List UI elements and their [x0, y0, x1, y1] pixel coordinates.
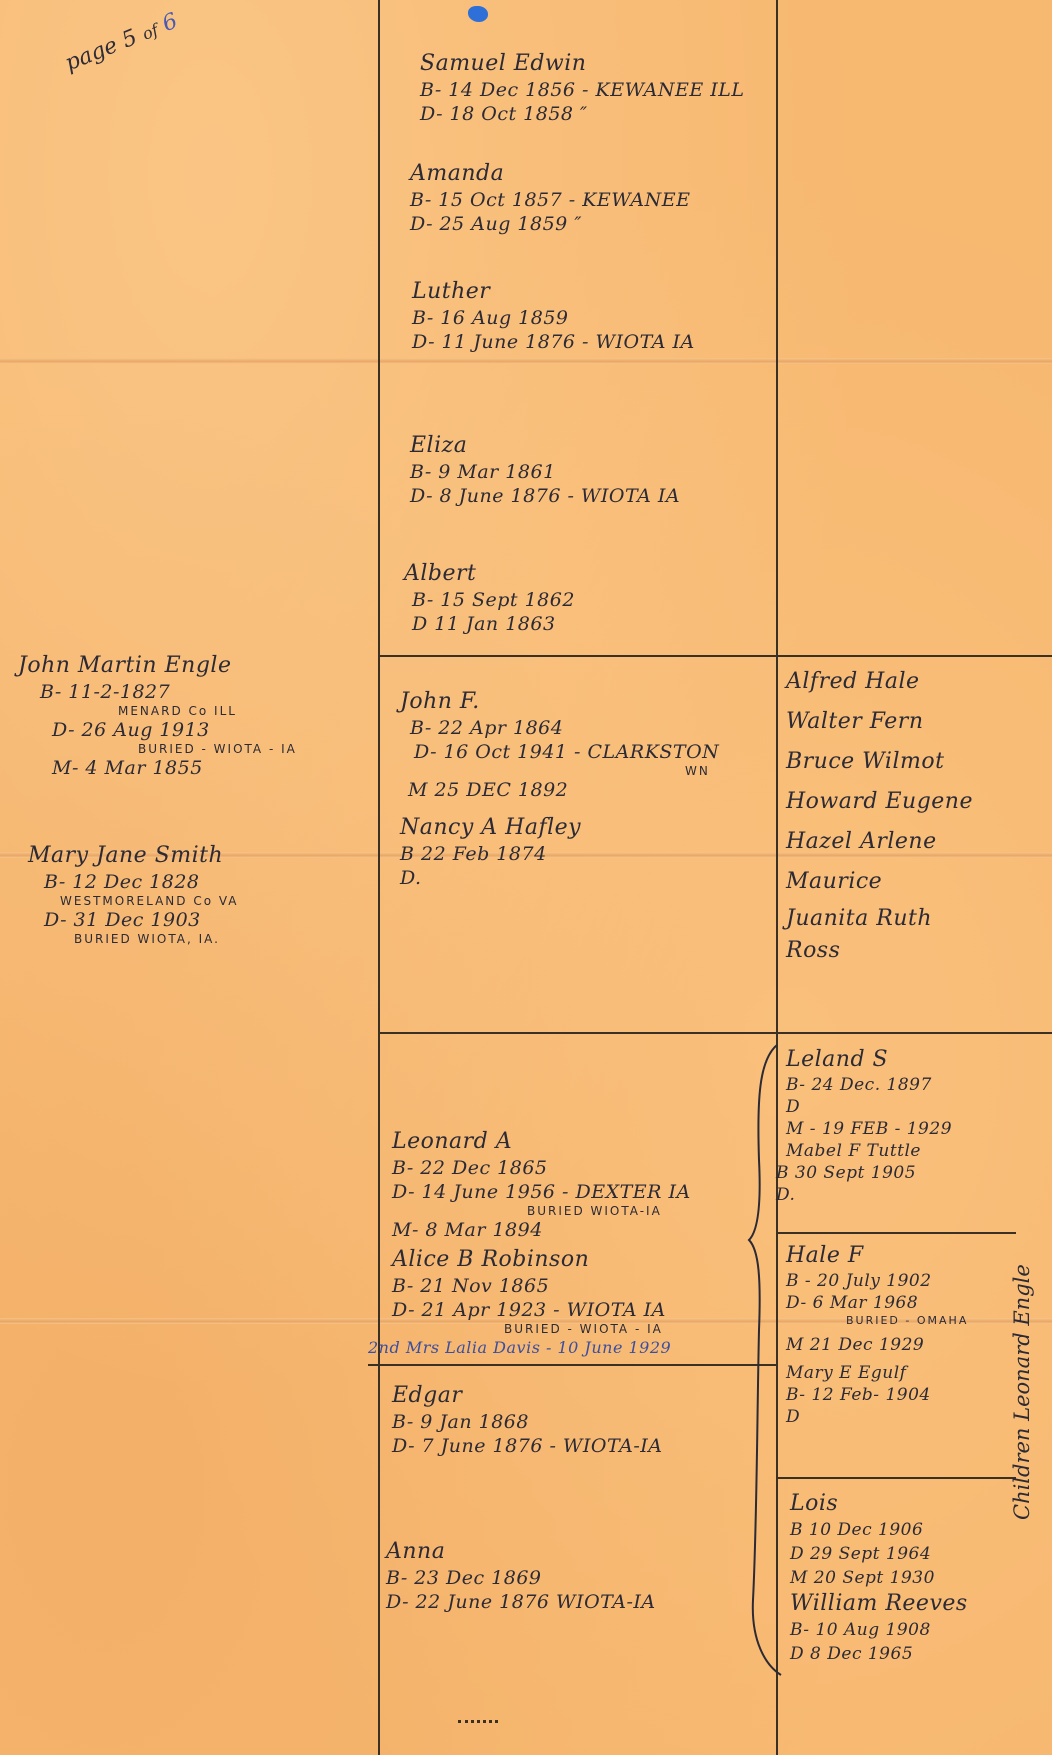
child-birth: B- 15 Oct 1857 - KEWANEE	[410, 188, 690, 212]
grandchild-detail: D- 6 Mar 1968	[786, 1292, 968, 1314]
mother-birth-place: WESTMORELAND Co VA	[28, 894, 239, 908]
child-death: D- 7 June 1876 - WIOTA-IA	[392, 1434, 663, 1458]
spouse-death: D- 21 Apr 1923 - WIOTA IA	[392, 1298, 691, 1322]
grandchild-name: Hale F	[786, 1242, 968, 1270]
grandchild-buried: BURIED - OMAHA	[786, 1314, 968, 1328]
child-name: Anna	[386, 1538, 656, 1566]
grandchild-name: Alfred Hale	[786, 662, 973, 702]
grandchild-detail: D 29 Sept 1964	[790, 1542, 968, 1566]
row-rule	[776, 1232, 1016, 1234]
child-married: M 25 DEC 1892	[400, 778, 719, 802]
grandchild-entry: Lois B 10 Dec 1906 D 29 Sept 1964 M 20 S…	[790, 1490, 968, 1666]
paper-tear-mark	[468, 6, 488, 22]
child-entry: Edgar B- 9 Jan 1868 D- 7 June 1876 - WIO…	[392, 1382, 663, 1458]
mother-birth: B- 12 Dec 1828	[28, 870, 239, 894]
grandchild-name: Hazel Arlene	[786, 822, 973, 862]
child-death: D- 22 June 1876 WIOTA-IA	[386, 1590, 656, 1614]
grandchild-name: Howard Eugene	[786, 782, 973, 822]
child-death-place: WN	[400, 764, 719, 778]
child-birth: B- 9 Jan 1868	[392, 1410, 663, 1434]
mother-entry: Mary Jane Smith B- 12 Dec 1828 WESTMOREL…	[28, 842, 239, 946]
grandchild-detail: D	[786, 1406, 968, 1428]
child-birth: B- 23 Dec 1869	[386, 1566, 656, 1590]
grandchild-detail: B - 20 July 1902	[786, 1270, 968, 1292]
fold-crease	[0, 358, 1052, 364]
spouse-name: Alice B Robinson	[392, 1246, 691, 1274]
brace-icon	[745, 1040, 785, 1680]
child-name: Leonard A	[392, 1128, 691, 1156]
grandchild-detail: B 10 Dec 1906	[790, 1518, 968, 1542]
grandchild-detail: D 8 Dec 1965	[790, 1642, 968, 1666]
grandchild-name: Ross	[786, 936, 973, 966]
child-married: M- 8 Mar 1894	[392, 1218, 691, 1242]
spouse-name: Nancy A Hafley	[400, 814, 719, 842]
mother-death: D- 31 Dec 1903	[28, 908, 239, 932]
child-name: Albert	[404, 560, 575, 588]
child-birth: B- 14 Dec 1856 - KEWANEE ILL	[420, 78, 745, 102]
child-entry: Samuel Edwin B- 14 Dec 1856 - KEWANEE IL…	[420, 50, 745, 126]
second-marriage-note: 2nd Mrs Lalia Davis - 10 June 1929	[368, 1336, 691, 1360]
child-death: D- 11 June 1876 - WIOTA IA	[412, 330, 695, 354]
spouse-birth: B 22 Feb 1874	[400, 842, 719, 866]
child-entry: Luther B- 16 Aug 1859 D- 11 June 1876 - …	[412, 278, 695, 354]
father-married: M- 4 Mar 1855	[18, 756, 297, 780]
grandchild-detail: B- 10 Aug 1908	[790, 1618, 968, 1642]
spouse-buried: BURIED - WIOTA - IA	[392, 1322, 691, 1336]
child-name: John F.	[400, 688, 719, 716]
grandchild-detail: M 20 Sept 1930	[790, 1566, 968, 1590]
grandchildren-john-list: Alfred Hale Walter Fern Bruce Wilmot How…	[786, 662, 973, 966]
ink-dots	[458, 1720, 498, 1727]
grandchild-name: Bruce Wilmot	[786, 742, 973, 782]
child-birth: B- 15 Sept 1862	[404, 588, 575, 612]
child-death: D- 8 June 1876 - WIOTA IA	[410, 484, 680, 508]
child-birth: B- 22 Dec 1865	[392, 1156, 691, 1180]
spouse-name: William Reeves	[790, 1590, 968, 1618]
row-rule	[378, 655, 1052, 657]
child-name: Samuel Edwin	[420, 50, 745, 78]
row-rule	[378, 1032, 1052, 1034]
grandchild-detail: B 30 Sept 1905	[776, 1162, 952, 1184]
child-name: Edgar	[392, 1382, 663, 1410]
grandchild-name: Juanita Ruth	[786, 902, 973, 936]
child-name: Amanda	[410, 160, 690, 188]
grandchild-detail: B- 24 Dec. 1897	[786, 1074, 952, 1096]
vertical-margin-note: Children Leonard Engle	[1010, 1264, 1034, 1520]
father-birth: B- 11-2-1827	[18, 680, 297, 704]
grandchild-detail: Mabel F Tuttle	[786, 1140, 952, 1162]
child-name: Luther	[412, 278, 695, 306]
column-rule-left	[378, 0, 380, 1755]
grandchild-name: Maurice	[786, 862, 973, 902]
grandchild-detail: Mary E Egulf	[786, 1362, 968, 1384]
child-death: D- 16 Oct 1941 - CLARKSTON	[400, 740, 719, 764]
grandchild-entry: Leland S B- 24 Dec. 1897 D M - 19 FEB - …	[786, 1046, 952, 1206]
grandchild-entry: Hale F B - 20 July 1902 D- 6 Mar 1968 BU…	[786, 1242, 968, 1428]
child-entry-john: John F. B- 22 Apr 1864 D- 16 Oct 1941 - …	[400, 688, 719, 890]
father-buried: BURIED - WIOTA - IA	[18, 742, 297, 756]
grandchild-detail: B- 12 Feb- 1904	[786, 1384, 968, 1406]
grandchild-detail: D.	[776, 1184, 952, 1206]
child-death: D 11 Jan 1863	[404, 612, 575, 636]
mother-buried: BURIED WIOTA, IA.	[28, 932, 239, 946]
father-entry: John Martin Engle B- 11-2-1827 MENARD Co…	[18, 652, 297, 780]
child-birth: B- 22 Apr 1864	[400, 716, 719, 740]
grandchild-name: Lois	[790, 1490, 968, 1518]
child-death: D- 14 June 1956 - DEXTER IA	[392, 1180, 691, 1204]
grandchild-detail: M - 19 FEB - 1929	[786, 1118, 952, 1140]
child-name: Eliza	[410, 432, 680, 460]
row-rule	[776, 1477, 1016, 1479]
spouse-death: D.	[400, 866, 719, 890]
child-birth: B- 16 Aug 1859	[412, 306, 695, 330]
page-of: of	[139, 20, 161, 43]
scan-edge	[1052, 0, 1062, 1755]
spouse-birth: B- 21 Nov 1865	[392, 1274, 691, 1298]
grandchild-name: Walter Fern	[786, 702, 973, 742]
child-entry-leonard: Leonard A B- 22 Dec 1865 D- 14 June 1956…	[392, 1128, 691, 1360]
child-entry: Eliza B- 9 Mar 1861 D- 8 June 1876 - WIO…	[410, 432, 680, 508]
grandchild-detail: D	[786, 1096, 952, 1118]
grandchild-name: Leland S	[786, 1046, 952, 1074]
child-death: D- 25 Aug 1859 ″	[410, 212, 690, 236]
father-birth-place: MENARD Co ILL	[18, 704, 297, 718]
father-death: D- 26 Aug 1913	[18, 718, 297, 742]
child-entry: Albert B- 15 Sept 1862 D 11 Jan 1863	[404, 560, 575, 636]
grandchild-detail: M 21 Dec 1929	[786, 1334, 968, 1356]
child-buried: BURIED WIOTA-IA	[392, 1204, 691, 1218]
row-rule	[368, 1364, 778, 1366]
mother-name: Mary Jane Smith	[28, 842, 239, 870]
child-entry: Anna B- 23 Dec 1869 D- 22 June 1876 WIOT…	[386, 1538, 656, 1614]
child-birth: B- 9 Mar 1861	[410, 460, 680, 484]
father-name: John Martin Engle	[18, 652, 297, 680]
child-death: D- 18 Oct 1858 ″	[420, 102, 745, 126]
child-entry: Amanda B- 15 Oct 1857 - KEWANEE D- 25 Au…	[410, 160, 690, 236]
